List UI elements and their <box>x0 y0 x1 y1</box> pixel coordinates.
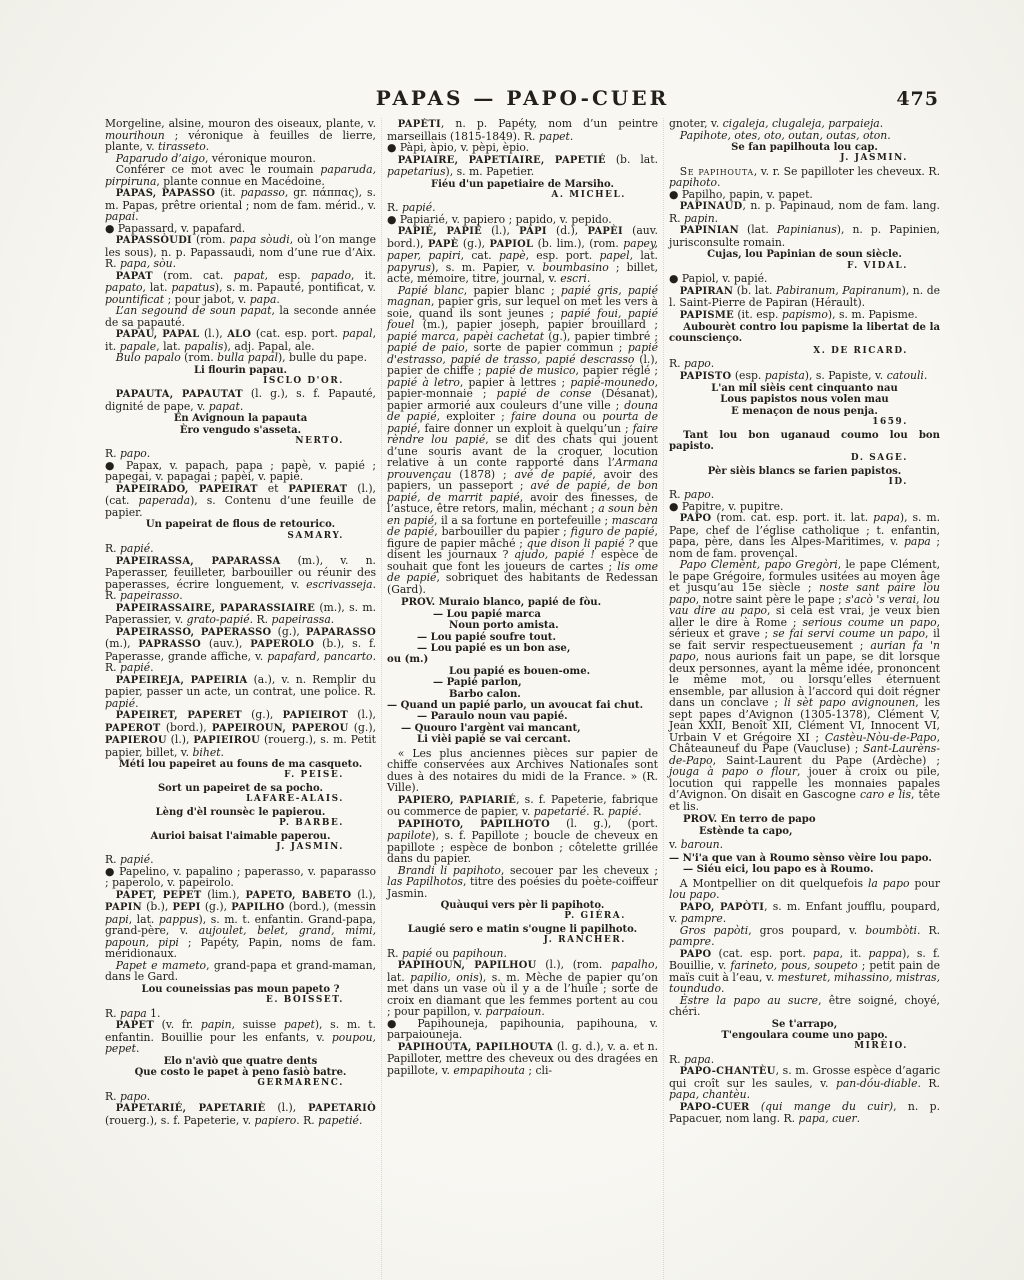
text-run: PAPINAUD <box>680 201 743 212</box>
text-run: pan-dóu-diable <box>836 1077 918 1090</box>
text-run: (rom. <box>181 351 217 364</box>
entry-paragraph: « Les plus anciennes pièces sur papier d… <box>387 748 658 794</box>
text-run: PAPISTO <box>680 371 732 382</box>
quote-paragraph: Aubourèt contro lou papisme la libertat … <box>669 322 940 345</box>
text-run: PAPIERO, PAPIARIÉ <box>398 795 516 806</box>
text-run: ● Papihouneja, papihounia, papihouna, v.… <box>387 1017 658 1042</box>
text-run: caro e lis <box>860 788 911 801</box>
verse-line: Fiéu d'un papetiaire de Marsiho. <box>387 179 658 190</box>
text-run: PAPIEIROT <box>283 710 348 721</box>
verse-line: T'engoulara coume uno papo. <box>669 1030 940 1041</box>
text-run: ● Pàpi, àpio, v. pèpi, èpio. <box>387 141 529 154</box>
text-run: papal <box>342 327 372 340</box>
verse-line: E menaçon de nous penja. <box>669 406 940 417</box>
entry-paragraph: PAPEIRASSA, PAPARASSA (m.), v. n. Papera… <box>105 555 376 602</box>
text-run: ou <box>432 947 452 960</box>
proverb-block: PROV. En terro de papoEstènde ta capo, <box>669 814 940 837</box>
text-run: ), bulle du pape. <box>278 351 367 364</box>
text-run: PAPÈI <box>587 226 622 237</box>
text-run: . <box>711 1053 714 1066</box>
text-run: PAPASSÒUDI <box>116 235 192 246</box>
proverb-line: PROV. Muraio blanco, papié de fòu. <box>401 597 658 608</box>
text-run: PAPI <box>519 226 547 237</box>
text-run: PAPEIRASSO, PAPERASSO <box>116 627 272 638</box>
entry-paragraph: L’an segound de soun papat, la seconde a… <box>105 305 376 328</box>
attribution: A. MICHEL. <box>387 190 658 201</box>
verse-line: L'an mil sièis cent cinquanto nau <box>669 383 940 394</box>
entry-paragraph: v. baroun. <box>669 839 940 851</box>
text-run: papasso <box>241 186 285 199</box>
text-run: PAPO <box>680 513 712 524</box>
text-run: (lat. <box>739 223 777 236</box>
text-run: . <box>147 1090 150 1103</box>
text-run: (m.), <box>105 637 138 650</box>
proverb-line: PROV. En terro de papo <box>683 814 940 825</box>
page-header-title: PAPAS — PAPO-CUER <box>100 86 945 110</box>
text-run: ; cli- <box>525 1064 552 1077</box>
entry-paragraph: Morgeline, alsine, mouron des oiseaux, p… <box>105 118 376 153</box>
text-run: (qui mange du cuir) <box>761 1100 893 1113</box>
proverb-line: — Lou papié soufre tout. <box>417 632 658 643</box>
verse-line: Aurioi baisat l'aimable paperou. <box>105 831 376 842</box>
verse-line: Se t'arrapo, <box>669 1019 940 1030</box>
text-run: PAPAS, PAPASSO <box>116 188 215 199</box>
attribution: J. JASMIN. <box>105 842 376 853</box>
text-run: (g.), <box>271 625 306 638</box>
text-run: . <box>720 838 723 851</box>
text-run: (l.), <box>199 327 227 340</box>
text-run: (b. lim.), (rom. <box>533 237 623 250</box>
proverb-line: — Papié parlon, <box>433 677 658 688</box>
text-run <box>750 1100 761 1113</box>
entry-paragraph: Papet e mameto, grand-papa et grand-mama… <box>105 960 376 983</box>
verse: Laugié sero e matin s'ougne li papilhoto… <box>387 924 658 935</box>
text-run: papista <box>765 369 805 382</box>
attribution: SAMARY. <box>105 531 376 542</box>
proverb-line: — Paraulo noun vau papié. <box>417 711 658 722</box>
text-run: boumbòti <box>865 924 917 937</box>
text-run: . <box>150 661 153 674</box>
entry-paragraph: Papo Clemènt, papo Gregòri, le pape Clém… <box>669 559 940 812</box>
text-run: . <box>716 888 719 901</box>
text-run: (auv.), <box>201 637 250 650</box>
attribution: J. JASMIN. <box>669 153 940 164</box>
text-run: PAPEIREJA, PAPEIRIA <box>116 675 248 686</box>
text-run: PAPISME <box>680 310 734 321</box>
text-run: . <box>331 613 334 626</box>
attribution: D. SAGE. <box>669 453 940 464</box>
verse: Fiéu d'un papetiaire de Marsiho. <box>387 179 658 190</box>
text-run: PAPIEROU <box>105 735 167 746</box>
text-run: papa <box>873 511 900 524</box>
attribution: ID. <box>669 477 940 488</box>
entry-paragraph: Bulo papalo (rom. bulla papal), bulle du… <box>105 352 376 364</box>
text-run: PAPIHOUN, PAPILHOU <box>398 960 537 971</box>
entry-paragraph: PAPIHOUN, PAPILHOU (l.), (rom. papalho, … <box>387 959 658 1018</box>
entry-paragraph: PAPIHOTO, PAPILHOTO (l. g.), (port. papi… <box>387 818 658 865</box>
text-run: ALO <box>227 329 251 340</box>
verse-line: Li flourin papau. <box>105 365 376 376</box>
proverb-block: — N'i'a que van à Roumo sènso vèire lou … <box>669 853 940 876</box>
entry-paragraph: PAPÈTI, n. p. Papéty, nom d’un peintre m… <box>387 118 658 142</box>
text-run: (it. esp. <box>734 308 782 321</box>
proverb-line: Lou papié es bouen-ome. <box>449 666 658 677</box>
attribution: 1659. <box>669 417 940 428</box>
text-run: . <box>359 1114 362 1127</box>
entry-paragraph: PAPAU, PAPAL (l.), ALO (cat. esp. port. … <box>105 328 376 352</box>
verse: Li flourin papau. <box>105 365 376 376</box>
text-run: . <box>179 589 182 602</box>
entry-paragraph: Brandi li papihoto, secouer par les chev… <box>387 865 658 900</box>
text-run: R. <box>669 1053 684 1066</box>
text-run: R. <box>105 1007 120 1020</box>
text-run: (l.), <box>482 224 519 237</box>
verse-line: En Avignoun la papauta <box>105 413 376 424</box>
text-run: PAPET, PEPET <box>116 890 202 901</box>
text-run: papa <box>813 947 840 960</box>
text-run: (bord.), <box>161 721 212 734</box>
text-run: bihet <box>193 746 221 759</box>
text-run: . <box>150 542 153 555</box>
column-3: gnoter, v. cigaleja, clugaleja, parpaiej… <box>663 118 945 1280</box>
text-run: . R. <box>296 1114 318 1127</box>
text-run: PAPILHO <box>231 902 284 913</box>
text-run: Bulo papalo <box>116 351 181 364</box>
proverb-line: — N'i'a que van à Roumo sènso vèire lou … <box>669 853 940 864</box>
attribution: P. GIÉRA. <box>387 911 658 922</box>
verse: Sort un papeiret de sa pocho. <box>105 783 376 794</box>
text-run: PAPET <box>116 1020 154 1031</box>
text-run: baroun <box>681 838 720 851</box>
verse-line: Se fan papilhouta lou cap. <box>669 142 940 153</box>
text-run: (cat. esp. port. <box>251 327 342 340</box>
text-run: . R. <box>250 613 272 626</box>
text-run: , it. <box>840 947 869 960</box>
verse-line: Lèng d'èl rounsèc le papierou. <box>105 807 376 818</box>
text-run: ), s. Papiste, v. <box>805 369 887 382</box>
text-run: (b.), <box>142 900 173 913</box>
attribution: E. BOISSET. <box>105 995 376 1006</box>
entry-paragraph: PAPO (cat. esp. port. papa, it. pappa), … <box>669 948 940 995</box>
entry-paragraph: PAPETARIÉ, PAPETARIÈ (l.), PAPETARIÒ (ro… <box>105 1102 376 1126</box>
text-run: pappa <box>869 947 903 960</box>
text-run: PAPIÉ, PAPIÈ <box>398 226 482 237</box>
page-header: PAPAS — PAPO-CUER 475 <box>100 86 945 112</box>
text-run: (l.), <box>265 1101 308 1114</box>
text-run: papa, cuer <box>799 1112 857 1125</box>
page-number: 475 <box>896 88 939 110</box>
text-run: R. <box>387 947 402 960</box>
text-run: PAPO <box>680 949 712 960</box>
text-run: PAPEIRASSAIRE, PAPARASSIAIRE <box>116 603 315 614</box>
text-run: Pabiranum, Papiranum <box>776 284 902 297</box>
text-run: . <box>504 947 507 960</box>
proverb-line: — Quand un papié parlo, un avoucat fai c… <box>387 700 658 711</box>
verse: Se fan papilhouta lou cap. <box>669 142 940 153</box>
entry-paragraph: PAPIÉ, PAPIÈ (l.), PAPI (d.), PAPÈI (auv… <box>387 225 658 285</box>
text-run: papa <box>684 1053 711 1066</box>
entry-paragraph: ● Papelino, v. papalino ; paperasso, v. … <box>105 866 376 889</box>
text-run: papihoun <box>452 947 503 960</box>
text-run: (l. g.), (port. <box>550 817 658 830</box>
text-run: ), s. m. Papisme. <box>828 308 918 321</box>
entry-paragraph: PAPISTO (esp. papista), s. Papiste, v. c… <box>669 370 940 383</box>
verse: L'an mil sièis cent cinquanto nauLous pa… <box>669 383 940 417</box>
proverb-line: Barbo calon. <box>449 689 658 700</box>
text-run: papetarius <box>387 165 446 178</box>
text-run: papismo <box>782 308 828 321</box>
text-run: PAPETO, BABETO <box>245 890 351 901</box>
text-run: PAPIERAT <box>288 484 347 495</box>
attribution: F. PEISE. <box>105 770 376 781</box>
entry-paragraph: PAPAUTA, PAPAUTAT (l. g.), s. f. Papauté… <box>105 388 376 412</box>
verse: Aurioi baisat l'aimable paperou. <box>105 831 376 842</box>
text-run: , esp. <box>265 269 311 282</box>
entry-paragraph: Èstre la papo au sucre, être soigné, cho… <box>669 995 940 1018</box>
verse: Quàuqui vers pèr li papihoto. <box>387 900 658 911</box>
proverb-line: — Siéu eici, lou papo es à Roumo. <box>683 864 940 875</box>
text-run: PAPEIROUN, PAPEROU <box>212 723 349 734</box>
proverb-line: Noun porto amista. <box>449 620 658 631</box>
text-run: papetié <box>318 1114 359 1127</box>
text-run: papalho <box>611 958 655 971</box>
text-run: (g.), <box>242 708 283 721</box>
text-run: papa <box>120 1007 147 1020</box>
text-run: grato-papié <box>187 613 250 626</box>
verse-line: Lou couneissias pas moun papeto ? <box>105 984 376 995</box>
text-run: (esp. <box>731 369 764 382</box>
verse: Cujas, lou Papinian de soun siècle. <box>669 249 940 260</box>
text-run: R. <box>105 1090 120 1103</box>
text-run: (g.), <box>459 237 490 250</box>
entry-paragraph: PAPET, PEPET (lim.), PAPETO, BABETO (l.)… <box>105 889 376 960</box>
text-run: Aubourèt contro lou papisme la libertat … <box>669 322 940 344</box>
entry-paragraph: PAPEIRET, PAPERET (g.), PAPIEIROT (l.), … <box>105 709 376 758</box>
verse-line: Méti lou papeiret au founs de ma casquet… <box>105 759 376 770</box>
quote-paragraph: Tant lou bon uganaud coumo lou bon papis… <box>669 430 940 453</box>
text-run: papié <box>120 542 150 555</box>
attribution: X. DE RICARD. <box>669 346 940 357</box>
text-run: Èstre la papo au sucre <box>680 994 818 1007</box>
attribution: GERMARENC. <box>105 1078 376 1089</box>
entry-paragraph: ● Papax, v. papach, papa ; papè, v. papi… <box>105 460 376 483</box>
entry-paragraph: PAPIERO, PAPIARIÉ, s. f. Papeterie, fabr… <box>387 794 658 818</box>
text-run: PAPAUTA, PAPAUTAT <box>116 389 243 400</box>
entry-paragraph: PAPIAIRE, PAPETIAIRE, PAPETIÉ (b. lat. p… <box>387 154 658 178</box>
entry-paragraph: A Montpellier on dit quelquefois la papo… <box>669 878 940 901</box>
text-run: papat <box>234 269 265 282</box>
text-run: papa sòudi <box>230 233 290 246</box>
entry-paragraph: PAPEIRASSO, PAPERASSO (g.), PAPARASSO (m… <box>105 626 376 674</box>
text-run: . R. <box>917 924 940 937</box>
entry-paragraph: PAPO-CHANTÈU, s. m. Grosse espèce d’agar… <box>669 1065 940 1101</box>
text-run: . <box>711 357 714 370</box>
text-run: papet <box>284 1018 315 1031</box>
verse-line: Lous papistos nous volen mau <box>669 394 940 405</box>
text-run: ● Papelino, v. papalino ; paperasso, v. … <box>105 865 376 890</box>
text-run: paperada <box>138 494 190 507</box>
entry-paragraph: PAPO, PAPÒTI, s. m. Enfant joufflu, poup… <box>669 901 940 925</box>
text-run: PAPO-CUER <box>680 1102 750 1113</box>
verse: Méti lou papeiret au founs de ma casquet… <box>105 759 376 770</box>
attribution: MIRÈIO. <box>669 1041 940 1052</box>
text-run: escrivasseja <box>306 578 372 591</box>
text-run: . <box>136 1042 139 1055</box>
entry-paragraph: PAPIHOUTA, PAPILHOUTA (l. g. d.), v. a. … <box>387 1041 658 1077</box>
entry-paragraph: R. papo. <box>105 1091 376 1103</box>
text-run: . <box>240 400 243 413</box>
attribution: F. VIDAL. <box>669 261 940 272</box>
entry-paragraph: PAPISME (it. esp. papismo), s. m. Papism… <box>669 309 940 322</box>
text-run: . R. <box>917 1077 940 1090</box>
text-run: Papihote, otes, oto, outan, outas, oton <box>680 129 887 142</box>
entry-paragraph: ● Papihouneja, papihounia, papihouna, v.… <box>387 1018 658 1041</box>
entry-paragraph: PAPAS, PAPASSO (it. papasso, gr. πάππας)… <box>105 187 376 223</box>
text-run: la papo <box>868 877 910 890</box>
text-run: papa, chantèu <box>669 1088 747 1101</box>
text-run: PAPEIRET, PAPERET <box>116 710 242 721</box>
proverb-line: — Lou papié marca <box>433 609 658 620</box>
text-run: PAPEROT <box>105 723 161 734</box>
text-run: papado <box>311 269 351 282</box>
text-run: et <box>258 482 289 495</box>
text-run: PAPEROLO <box>250 639 314 650</box>
text-run: (cat. esp. port. <box>711 947 813 960</box>
proverb-line: — Quouro l'argènt vai mancant, <box>401 723 658 734</box>
text-run: R. <box>669 357 684 370</box>
entry-paragraph: Conférer ce mot avec le roumain paparuda… <box>105 164 376 187</box>
entry-paragraph: ● Papiarié, v. papiero ; papido, v. pepi… <box>387 214 658 226</box>
attribution: J. RANCHER. <box>387 935 658 946</box>
text-run: papié <box>105 697 135 710</box>
attribution: NERTO. <box>105 436 376 447</box>
text-run: . <box>221 746 224 759</box>
entry-paragraph: Papihote, otes, oto, outan, outas, oton. <box>669 130 940 142</box>
text-run: papeirasso <box>120 589 179 602</box>
attribution: ISCLO D'OR. <box>105 376 376 387</box>
attribution: LAFARE-ALAIS. <box>105 794 376 805</box>
entry-paragraph: PAPO-CUER (qui mange du cuir), n. p. Pap… <box>669 1101 940 1125</box>
text-run: papo <box>120 1090 147 1103</box>
text-run: PAPARASSO <box>306 627 376 638</box>
text-run: (d.), <box>547 224 588 237</box>
verse: Un papeirat de flous de retourico. <box>105 519 376 530</box>
text-run: papin <box>201 1018 232 1031</box>
entry-paragraph: Se papihouta, v. r. Se papilloter les ch… <box>669 166 940 189</box>
text-run: . <box>570 130 573 143</box>
text-run: PAPAU, PAPAL <box>116 329 200 340</box>
dictionary-page: PAPAS — PAPO-CUER 475 Morgeline, alsine,… <box>0 0 1024 1280</box>
proverb-line: Estènde ta capo, <box>699 826 940 837</box>
proverb-line: ou (m.) <box>387 654 658 665</box>
verse-line: Quàuqui vers pèr li papihoto. <box>387 900 658 911</box>
verse-line: Laugié sero e matin s'ougne li papilhoto… <box>387 924 658 935</box>
text-run: papiero <box>254 1114 296 1127</box>
text-run: « Les plus anciennes pièces sur papier d… <box>387 747 658 795</box>
text-run: PAPEIRADO, PAPEIRAT <box>116 484 258 495</box>
text-run: PAPIOL <box>490 239 534 250</box>
text-run: PAPETARIÒ <box>308 1103 376 1114</box>
entry-paragraph: PAPEIRASSAIRE, PAPARASSIAIRE (m.), s. m.… <box>105 602 376 626</box>
text-run: v. <box>669 838 681 851</box>
verse: En Avignoun la papautaÈro vengudo s'asse… <box>105 413 376 436</box>
text-run: (it. <box>215 186 240 199</box>
column-2: PAPÈTI, n. p. Papéty, nom d’un peintre m… <box>381 118 663 1280</box>
text-run: , suisse <box>232 1018 284 1031</box>
text-run: PAPIRAN <box>680 286 733 297</box>
text-run: , v. r. Se papilloter les cheveux. R. <box>754 165 940 178</box>
text-run: (b. lat. <box>733 284 776 297</box>
text-run: (rouerg.), s. f. Papeterie, v. <box>105 1114 254 1127</box>
text-run: PAPÈTI <box>398 119 441 130</box>
text-run: papin <box>684 212 715 225</box>
text-run: (g.), <box>201 900 232 913</box>
text-run: PEPI <box>172 902 200 913</box>
entry-paragraph: PAPINAUD, n. p. Papinaud, nom de fam. la… <box>669 200 940 224</box>
verse: Elo n'aviò que quatre dentsQue costo le … <box>105 1056 376 1079</box>
text-run: PAPIHOTO, PAPILHOTO <box>398 819 550 830</box>
text-run: bulla papal <box>217 351 278 364</box>
verse-line: Pèr sièis blancs se farien papistos. <box>669 466 940 477</box>
text-run: (l.), <box>351 888 376 901</box>
page-columns: Morgeline, alsine, mouron des oiseaux, p… <box>100 118 945 1280</box>
text-run: papet <box>539 130 570 143</box>
text-run: (rom. <box>192 233 230 246</box>
column-1: Morgeline, alsine, mouron des oiseaux, p… <box>100 118 381 1280</box>
entry-paragraph: PAPIRAN (b. lat. Pabiranum, Papiranum), … <box>669 285 940 309</box>
verse-line: Que costo le papet à peno fasiò batre. <box>105 1067 376 1078</box>
text-run: . <box>887 129 890 142</box>
text-run: (v. fr. <box>154 1018 201 1031</box>
text-run: papafard, pancarto <box>267 650 372 663</box>
text-run: PAPETARIÉ, PAPETARIÈ <box>116 1103 266 1114</box>
entry-paragraph: PAPO (rom. cat. esp. port. it. lat. papa… <box>669 512 940 559</box>
text-run: . <box>924 369 927 382</box>
attribution: P. BARBE. <box>105 818 376 829</box>
text-run: , gros poupard, v. <box>748 924 865 937</box>
text-run: PAPO-CHANTÈU <box>680 1066 776 1077</box>
text-run: PAPINIAN <box>680 225 739 236</box>
verse: Pèr sièis blancs se farien papistos. <box>669 466 940 477</box>
text-run: (l.), (rom. <box>537 958 611 971</box>
text-run: PAPO, PAPÒTI <box>680 902 764 913</box>
verse-line: Elo n'aviò que quatre dents <box>105 1056 376 1067</box>
text-run: (rom. cat. esp. port. it. lat. <box>711 511 873 524</box>
text-run: R. <box>105 542 120 555</box>
entry-paragraph: PAPET (v. fr. papin, suisse papet), s. m… <box>105 1019 376 1055</box>
text-run: papo <box>684 357 711 370</box>
proverb-line: — Lou papié es un bon ase, <box>417 643 658 654</box>
text-run: (b. lat. <box>606 153 658 166</box>
verse-line: Èro vengudo s'asseta. <box>105 425 376 436</box>
text-run: PAPIHOUTA, PAPILHOUTA <box>398 1042 553 1053</box>
text-run: papa <box>904 535 931 548</box>
text-run: PAPRASSO <box>138 639 201 650</box>
text-run: PAPIEIROU <box>193 735 260 746</box>
verse-line: Un papeirat de flous de retourico. <box>105 519 376 530</box>
verse: Lou couneissias pas moun papeto ? <box>105 984 376 995</box>
text-run: (rom. cat. <box>153 269 234 282</box>
verse: Se t'arrapo,T'engoulara coume uno papo. <box>669 1019 940 1042</box>
text-run: PAPAT <box>116 271 153 282</box>
text-run: empapihouta <box>453 1064 525 1077</box>
text-run: catouli <box>887 369 924 382</box>
text-run: (l.), <box>348 708 376 721</box>
text-run: . <box>857 1112 860 1125</box>
text-run: (g.), <box>349 721 376 734</box>
entry-paragraph: Gros papòti, gros poupard, v. boumbòti. … <box>669 925 940 948</box>
text-run: Papinianus <box>777 223 837 236</box>
